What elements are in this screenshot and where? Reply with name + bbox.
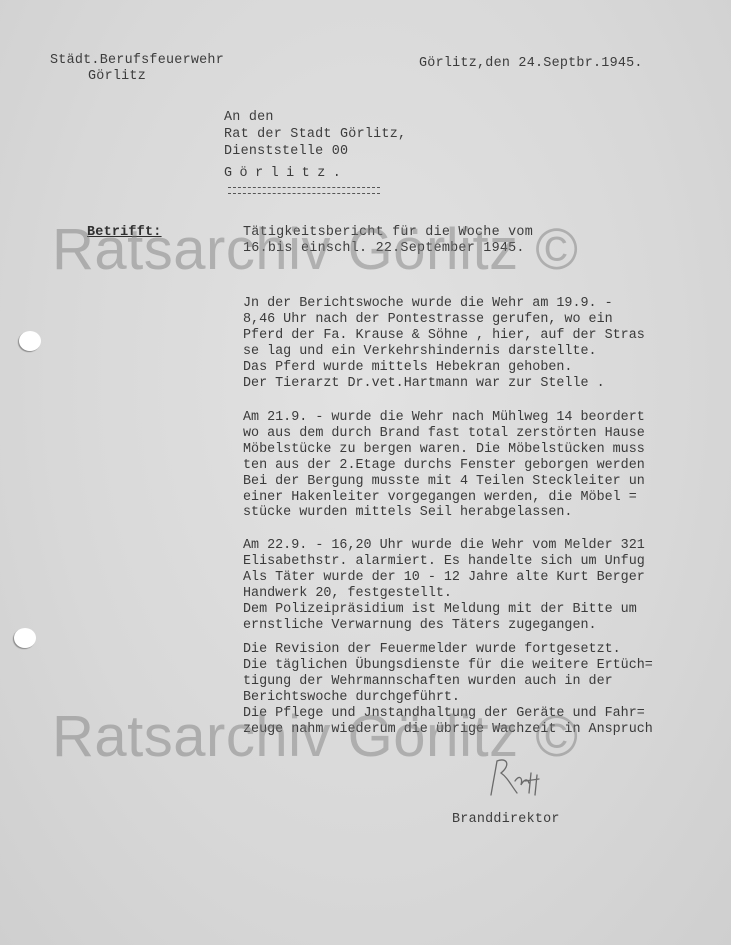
body-line: Jn der Berichtswoche wurde die Wehr am 1…: [243, 296, 645, 312]
recipient-city: Görlitz.: [224, 166, 348, 182]
body-line: Möbelstücke zu bergen waren. Die Möbelst…: [243, 442, 645, 458]
body-line: einer Hakenleiter vorgegangen werden, di…: [243, 490, 645, 506]
body-line: Als Täter wurde der 10 - 12 Jahre alte K…: [243, 570, 645, 586]
body-line: se lag und ein Verkehrshindernis darstel…: [243, 344, 645, 360]
place-date: Görlitz,den 24.Septbr.1945.: [419, 56, 643, 72]
double-underline-rule: [228, 187, 380, 194]
punch-hole: [19, 331, 41, 351]
body-line: Elisabethstr. alarmiert. Es handelte sic…: [243, 554, 645, 570]
paragraph-1: Jn der Berichtswoche wurde die Wehr am 1…: [243, 296, 645, 391]
body-line: 8,46 Uhr nach der Pontestrasse gerufen, …: [243, 312, 645, 328]
body-line: Handwerk 20, festgestellt.: [243, 586, 645, 602]
body-line: wo aus dem durch Brand fast total zerstö…: [243, 426, 645, 442]
body-line: Bei der Bergung musste mit 4 Teilen Stec…: [243, 474, 645, 490]
body-line: Am 21.9. - wurde die Wehr nach Mühlweg 1…: [243, 410, 645, 426]
sender-city: Görlitz: [88, 69, 146, 85]
recipient-line-1: An den: [224, 110, 274, 126]
body-line: Das Pferd wurde mittels Hebekran gehoben…: [243, 360, 645, 376]
body-line: Pferd der Fa. Krause & Söhne , hier, auf…: [243, 328, 645, 344]
document-page: Städt.Berufsfeuerwehr Görlitz Görlitz,de…: [0, 0, 731, 945]
punch-hole: [14, 628, 36, 648]
body-line: Die Revision der Feuermelder wurde fortg…: [243, 642, 653, 658]
body-line: stücke wurden mittels Seil herabgelassen…: [243, 505, 645, 521]
body-line: Der Tierarzt Dr.vet.Hartmann war zur Ste…: [243, 376, 645, 392]
body-line: Die täglichen Übungsdienste für die weit…: [243, 658, 653, 674]
paragraph-3: Am 22.9. - 16,20 Uhr wurde die Wehr vom …: [243, 538, 645, 633]
recipient-line-3: Dienststelle 00: [224, 144, 348, 160]
archive-watermark: Ratsarchiv Görlitz ©: [52, 221, 579, 279]
body-line: ten aus der 2.Etage durchs Fenster gebor…: [243, 458, 645, 474]
archive-watermark: Ratsarchiv Görlitz ©: [52, 708, 579, 766]
signatory-title: Branddirektor: [452, 812, 560, 828]
sender-name: Städt.Berufsfeuerwehr: [50, 53, 224, 69]
body-line: ernstliche Verwarnung des Täters zugegan…: [243, 618, 645, 634]
body-line: Am 22.9. - 16,20 Uhr wurde die Wehr vom …: [243, 538, 645, 554]
body-line: tigung der Wehrmannschaften wurden auch …: [243, 674, 653, 690]
body-line: Dem Polizeipräsidium ist Meldung mit der…: [243, 602, 645, 618]
recipient-line-2: Rat der Stadt Görlitz,: [224, 127, 406, 143]
paragraph-2: Am 21.9. - wurde die Wehr nach Mühlweg 1…: [243, 410, 645, 521]
